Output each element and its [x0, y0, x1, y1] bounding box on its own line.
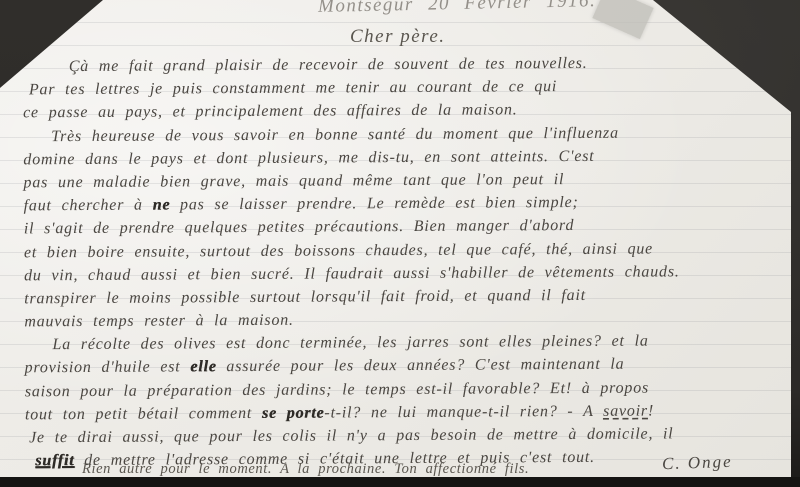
- letter-text-segment: saison pour la préparation des jardins; …: [25, 379, 649, 400]
- letter-text-segment: mauvais temps rester à la maison.: [24, 312, 294, 331]
- letter-text-segment: ne: [153, 197, 171, 214]
- letter-text-segment: elle: [190, 359, 216, 376]
- salutation: Cher père.: [350, 26, 446, 48]
- letter-body: Çà me fait grand plaisir de recevoir de …: [23, 51, 796, 473]
- letter-text-segment: !: [648, 402, 654, 419]
- letter-text-segment: pas une maladie bien grave, mais quand m…: [23, 171, 564, 191]
- tape-mark: [592, 0, 653, 39]
- letter-paper: Montségur 20 Février 1916. Cher père. Çà…: [0, 0, 800, 487]
- letter-text-segment: domine dans le pays et dont plusieurs, m…: [23, 148, 594, 168]
- letter-text-segment: provision d'huile est: [25, 359, 191, 377]
- letter-text-segment: il s'agit de prendre quelques petites pr…: [24, 217, 575, 237]
- letter-line: du vin, chaud aussi et bien sucré. Il fa…: [24, 259, 794, 287]
- letter-text-segment: se porte: [262, 404, 325, 421]
- letter-text-segment: pas se laisser prendre. Le remède est bi…: [170, 194, 579, 213]
- letter-text-segment: du vin, chaud aussi et bien sucré. Il fa…: [24, 263, 680, 284]
- letter-text-segment: Çà me fait grand plaisir de recevoir de …: [69, 55, 588, 75]
- signature: C. Onge: [662, 452, 733, 474]
- letter-text-segment: La récolte des olives est donc terminée,…: [52, 333, 648, 354]
- letter-text-segment: Par tes lettres je puis constamment me t…: [29, 78, 557, 98]
- letter-text-segment: et bien boire ensuite, surtout des boiss…: [24, 240, 653, 261]
- scan-background: Montségur 20 Février 1916. Cher père. Çà…: [0, 0, 800, 487]
- letter-text-segment: savoir: [603, 402, 648, 419]
- letter-text-segment: -t-il? ne lui manque-t-il rien? - A: [324, 403, 603, 422]
- closing-line: Rien autre pour le moment. A la prochain…: [82, 461, 529, 478]
- letter-text-segment: assurée pour les deux années? C'est main…: [217, 356, 625, 375]
- letter-text-segment: tout ton petit bétail comment: [25, 405, 262, 423]
- letter-text-segment: Je te dirai aussi, que pour les colis il…: [29, 425, 674, 446]
- letter-text-segment: suffit: [35, 452, 74, 469]
- letter-text-segment: transpirer le moins possible surtout lor…: [24, 287, 586, 307]
- letter-text-segment: Très heureuse de vous savoir en bonne sa…: [51, 124, 619, 144]
- place-date-line: Montségur 20 Février 1916.: [318, 0, 597, 18]
- letter-text-segment: faut chercher à: [24, 197, 153, 215]
- letter-text-segment: ce passe au pays, et principalement des …: [23, 102, 518, 122]
